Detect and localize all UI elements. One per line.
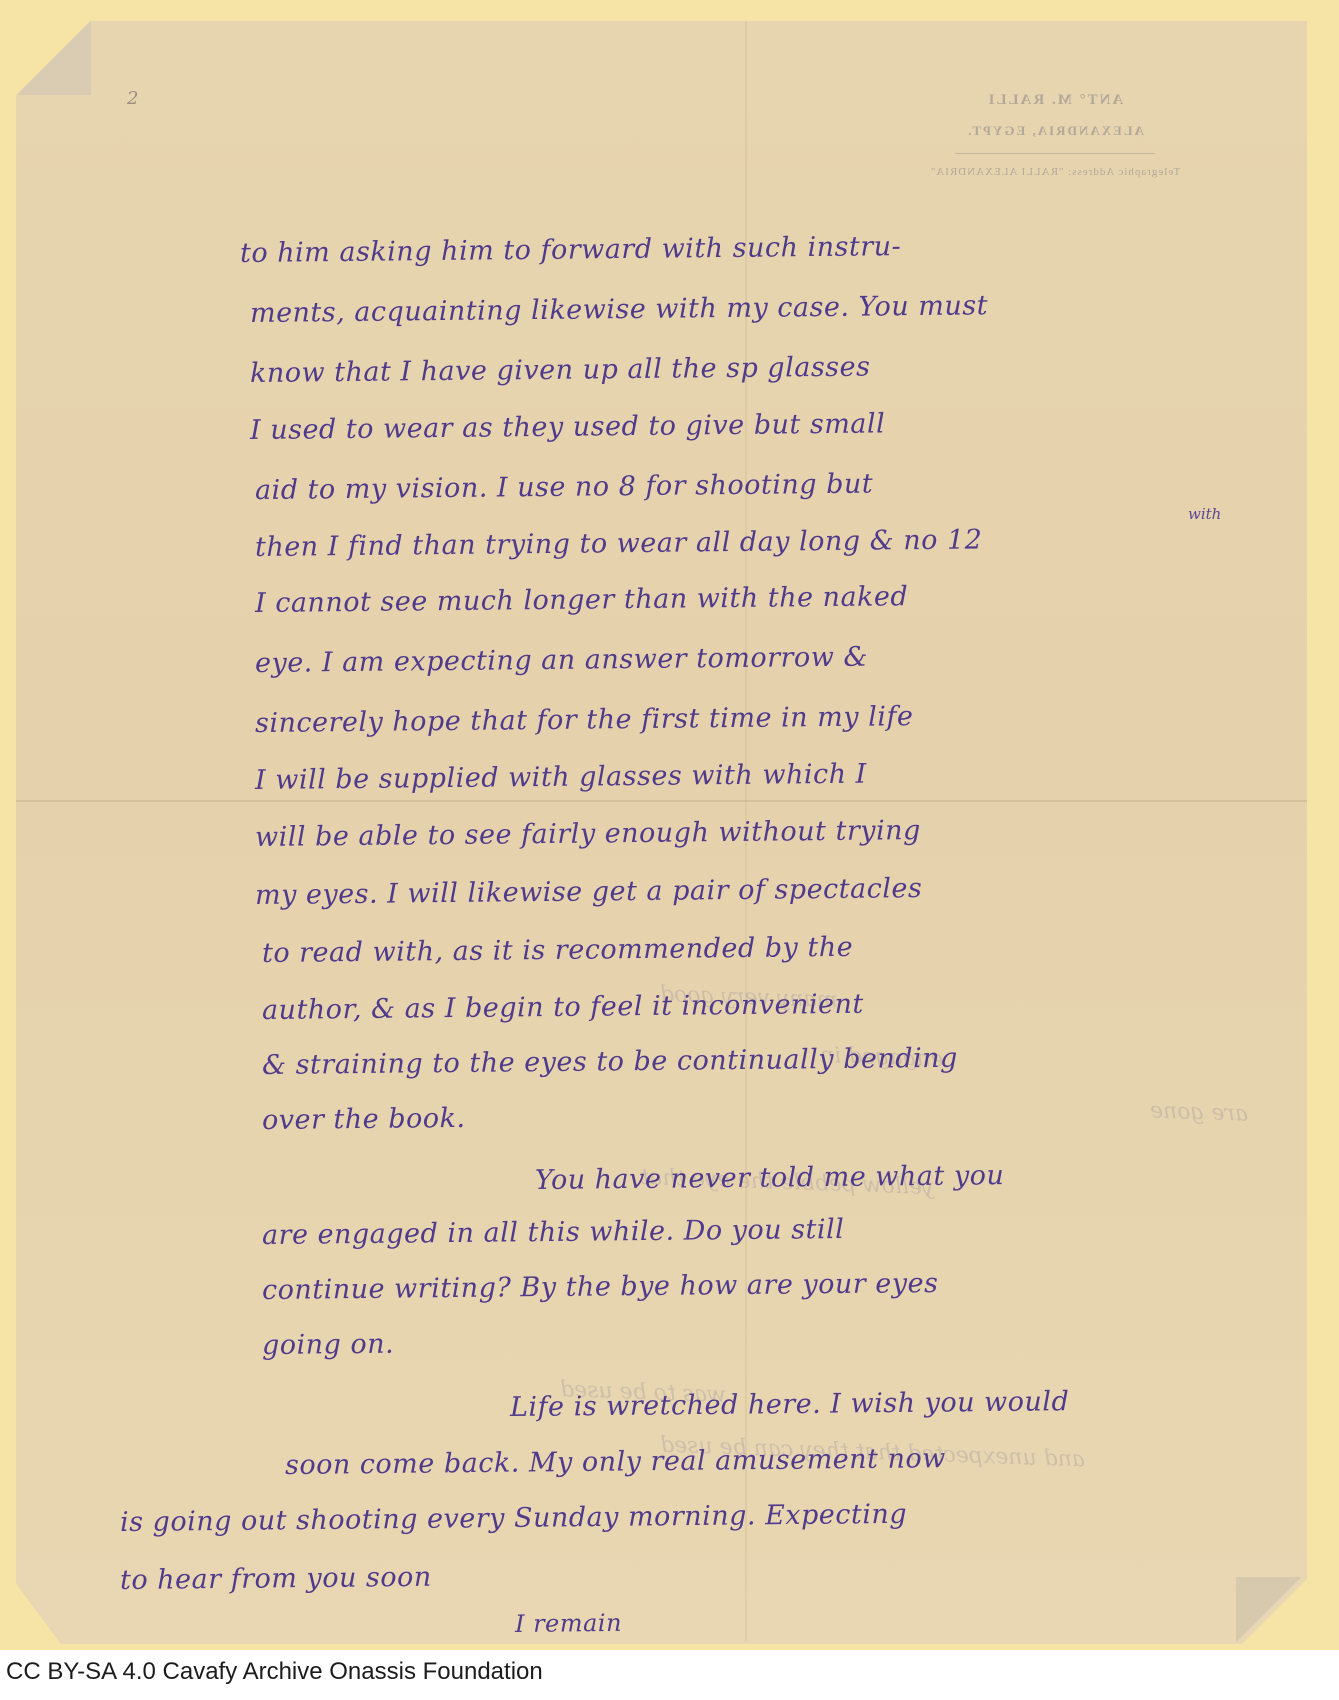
letter-line: ments, acquainting likewise with my case… (250, 290, 988, 329)
letter-line: I will be supplied with glasses with whi… (255, 759, 867, 796)
letter-line: author, & as I begin to feel it inconven… (262, 989, 864, 1026)
letter-line: & straining to the eyes to be continuall… (262, 1043, 958, 1081)
handwritten-letter-body: to him asking him to forward with such i… (0, 0, 1339, 1650)
letter-line: are engaged in all this while. Do you st… (262, 1214, 845, 1251)
letter-line: continue writing? By the bye how are you… (262, 1268, 939, 1306)
letter-line: to hear from you soon (120, 1562, 432, 1596)
letter-line: aid to my vision. I use no 8 for shootin… (255, 469, 874, 506)
letter-line: know that I have given up all the sp gla… (250, 352, 871, 389)
letter-line: soon come back. My only real amusement n… (285, 1443, 946, 1481)
inserted-word: with (1188, 505, 1221, 523)
letter-line: will be able to see fairly enough withou… (255, 815, 921, 853)
letter-line: sincerely hope that for the first time i… (255, 701, 914, 739)
letter-line: is going out shooting every Sunday morni… (120, 1499, 907, 1538)
closing-i-remain: I remain (515, 1609, 622, 1638)
license-caption: CC BY-SA 4.0 Cavafy Archive Onassis Foun… (6, 1658, 543, 1686)
letter-line: I used to wear as they used to give but … (250, 408, 886, 446)
letter-line: eye. I am expecting an answer tomorrow & (255, 642, 868, 679)
letter-line: going on. (262, 1329, 394, 1361)
letter-line: I cannot see much longer than with the n… (255, 581, 909, 619)
letter-line: You have never told me what you (535, 1160, 1005, 1196)
letter-line: to him asking him to forward with such i… (240, 231, 901, 269)
letter-line: Life is wretched here. I wish you would (510, 1386, 1070, 1423)
letter-line: my eyes. I will likewise get a pair of s… (255, 873, 923, 911)
letter-line: to read with, as it is recommended by th… (262, 932, 853, 969)
letter-line: over the book. (262, 1103, 466, 1136)
letter-line: then I find than trying to wear all day … (255, 524, 983, 563)
